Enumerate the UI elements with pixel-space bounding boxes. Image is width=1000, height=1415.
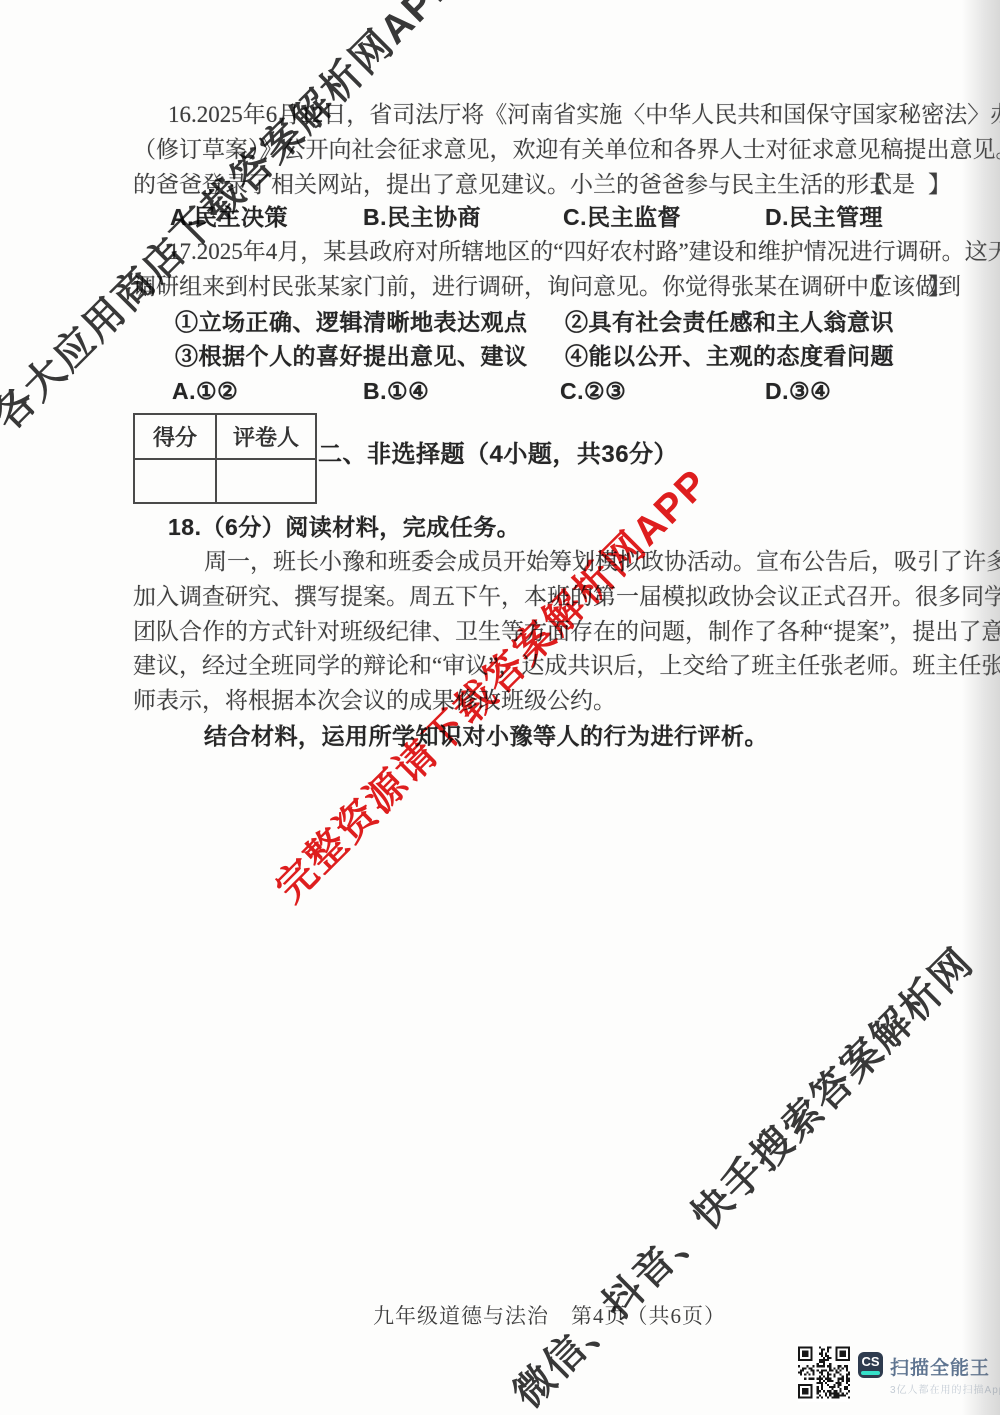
q18-para-line1: 周一，班长小豫和班委会成员开始筹划模拟政协活动。宣布公告后，吸引了许多同学: [204, 547, 1000, 577]
q16-option-b: B.民主协商: [363, 202, 481, 232]
q16-option-c: C.民主监督: [563, 202, 681, 232]
camscanner-app-name: 扫描全能王: [890, 1353, 990, 1380]
score-table-score-cell: [135, 460, 217, 502]
q17-option-a: A.①②: [172, 376, 238, 406]
camscanner-logo-icon: CS: [858, 1352, 883, 1378]
q16-line1: 16.2025年6月12日，省司法厅将《河南省实施〈中华人民共和国保守国家秘密法…: [168, 100, 1000, 130]
score-table-score-header: 得分: [135, 415, 217, 460]
watermark-bottom-right: 微信、抖音、快手搜索答案解析网: [504, 939, 983, 1415]
q18-para-line2: 加入调查研究、撰写提案。周五下午，本班的第一届模拟政协会议正式召开。很多同学以: [133, 582, 1000, 612]
q16-answer-bracket: 【 】: [862, 170, 961, 200]
q17-option-b: B.①④: [363, 376, 429, 406]
q18-para-line5: 师表示，将根据本次会议的成果修改班级公约。: [133, 686, 616, 716]
q18-para-line3: 团队合作的方式针对班级纪律、卫生等方面存在的问题，制作了各种“提案”，提出了意见: [133, 617, 1000, 647]
q17-option-c: C.②③: [560, 376, 626, 406]
q16-line2: （修订草案）》公开向社会征求意见，欢迎有关单位和各界人士对征求意见稿提出意见。小…: [133, 135, 1000, 165]
q18-para-line4: 建议，经过全班同学的辩论和“审议”，达成共识后，上交给了班主任张老师。班主任张老: [133, 651, 1000, 681]
q17-option-d: D.③④: [765, 376, 831, 406]
q17-item4: ④能以公开、主观的态度看问题: [565, 341, 894, 371]
q17-line2: 调研组来到村民张某家门前，进行调研，询问意见。你觉得张某在调研中应该做到: [133, 272, 961, 302]
score-table-grader-header: 评卷人: [217, 415, 315, 460]
score-table-grader-cell: [217, 460, 315, 502]
q16-line3: 的爸爸登录了相关网站，提出了意见建议。小兰的爸爸参与民主生活的形式是: [133, 170, 915, 200]
q17-item1: ①立场正确、逻辑清晰地表达观点: [175, 307, 528, 337]
q17-item3: ③根据个人的喜好提出意见、建议: [175, 341, 528, 371]
section2-heading: 二、非选择题（4小题，共36分）: [318, 440, 678, 470]
q16-option-d: D.民主管理: [765, 202, 883, 232]
score-table: 得分 评卷人: [133, 413, 317, 504]
q17-line1: 17.2025年4月，某县政府对所辖地区的“四好农村路”建设和维护情况进行调研。…: [168, 237, 1000, 267]
camscanner-tagline: 3亿人都在用的扫描App: [890, 1381, 1000, 1396]
q18-task: 结合材料，运用所学知识对小豫等人的行为进行评析。: [204, 721, 768, 751]
scanned-exam-page: 16.2025年6月12日，省司法厅将《河南省实施〈中华人民共和国保守国家秘密法…: [0, 0, 1000, 1415]
q18-header: 18.（6分）阅读材料，完成任务。: [168, 512, 520, 542]
camscanner-initials: CS: [858, 1354, 883, 1369]
q17-answer-bracket: 【 】: [862, 272, 961, 302]
q16-option-a: A.民主决策: [170, 202, 288, 232]
q17-item2: ②具有社会责任感和主人翁意识: [565, 307, 894, 337]
camscanner-swoosh: [861, 1371, 880, 1375]
qr-code: [798, 1343, 850, 1402]
page-footer: 九年级道德与法治 第4页（共6页）: [373, 1300, 726, 1330]
scan-edge-shadow: [962, 0, 1000, 1415]
